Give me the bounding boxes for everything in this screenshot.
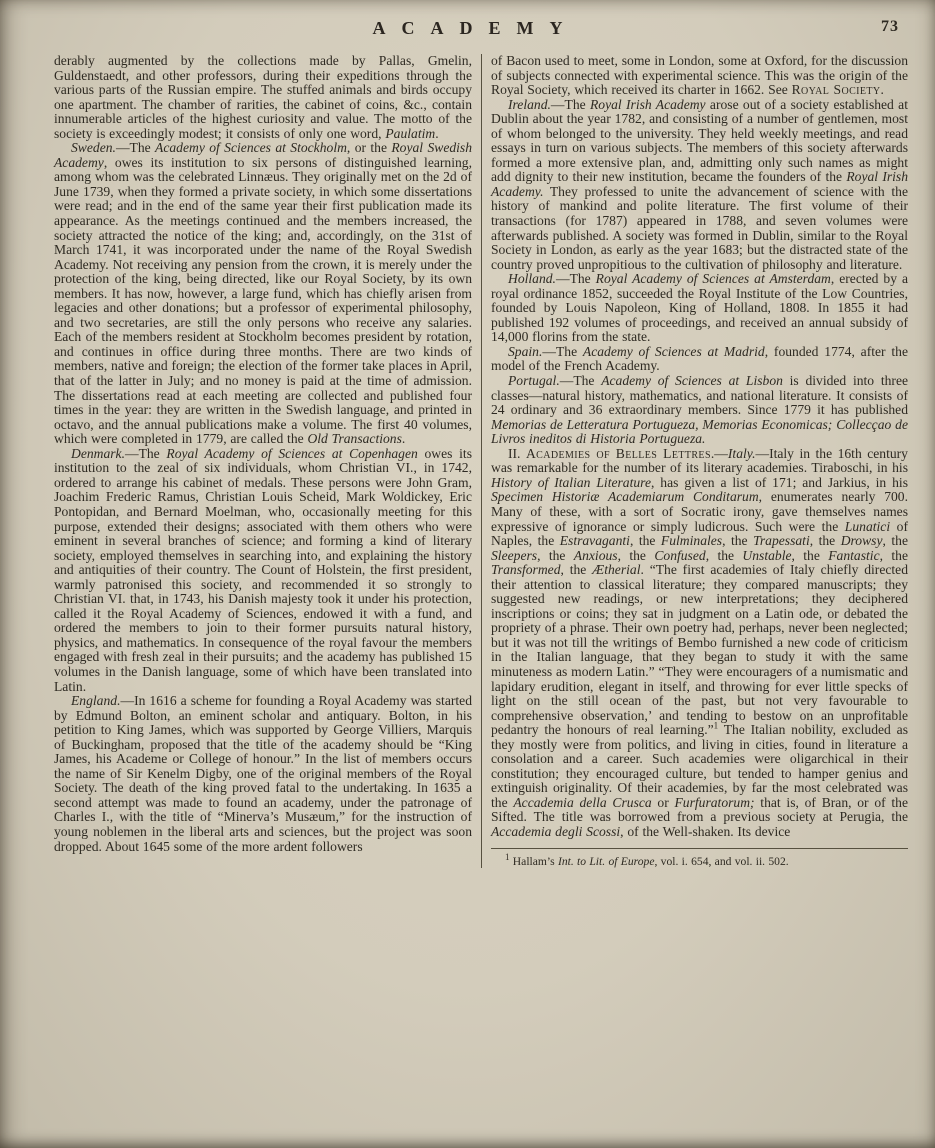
right-column: of Bacon used to meet, some in London, s…: [481, 54, 908, 868]
text-segment: .—: [711, 446, 728, 461]
text-segment: Memorias de Letteratura Portugueza, Memo…: [491, 417, 908, 447]
para-spain: Spain.—The Academy of Sciences at Madrid…: [491, 345, 908, 374]
text-segment: , the: [561, 562, 593, 577]
text-segment: Academy of Sciences at Madrid: [583, 344, 765, 359]
text-segment: —The: [116, 140, 155, 155]
text-segment: Spain.: [508, 344, 542, 359]
text-segment: Academy of Sciences at Lisbon: [601, 373, 783, 388]
text-segment: , the: [810, 533, 841, 548]
text-segment: —The: [560, 373, 601, 388]
text-segment: Sleepers: [491, 548, 537, 563]
text-segment: History of Italian Literature: [491, 475, 651, 490]
text-segment: Holland.: [508, 271, 556, 286]
text-segment: , of the Well-shaken. Its device: [620, 824, 790, 839]
text-segment: , the: [618, 548, 655, 563]
text-segment: Int. to Lit. of Europe: [558, 855, 655, 868]
text-segment: Italy.: [728, 446, 756, 461]
text-segment: Trapessati: [753, 533, 810, 548]
text-segment: .: [435, 126, 438, 141]
text-segment: , the: [883, 533, 909, 548]
para-england-continued: of Bacon used to meet, some in London, s…: [491, 54, 908, 98]
text-segment: Lunatici: [845, 519, 890, 534]
para-portugal: Portugal.—The Academy of Sciences at Lis…: [491, 374, 908, 447]
text-segment: —The: [556, 271, 596, 286]
encyclopedia-page: ACADEMY 73 derably augmented by the coll…: [0, 0, 935, 1148]
page-number: 73: [881, 18, 899, 36]
text-segment: Sweden.: [71, 140, 116, 155]
text-segment: Royal Irish Academy: [590, 97, 706, 112]
text-segment: Royal Society: [792, 82, 881, 97]
text-segment: , vol. i. 654, and vol. ii. 502.: [654, 855, 788, 868]
text-segment: or: [652, 795, 675, 810]
text-segment: Royal Academy of Sciences at Amsterdam: [596, 271, 831, 286]
text-segment: —The: [551, 97, 590, 112]
text-segment: They professed to unite the advancement …: [491, 184, 908, 272]
text-segment: Anxious: [574, 548, 618, 563]
para-ireland: Ireland.—The Royal Irish Academy arose o…: [491, 98, 908, 273]
para-england: England.—In 1616 a scheme for founding a…: [54, 694, 472, 854]
text-segment: Ætherial: [592, 562, 640, 577]
para-sweden: Sweden.—The Academy of Sciences at Stock…: [54, 141, 472, 446]
text-segment: Old Transactions: [307, 431, 401, 446]
text-segment: Furfuratorum;: [675, 795, 755, 810]
text-segment: .: [402, 431, 405, 446]
text-segment: , or the: [347, 140, 391, 155]
text-segment: Royal Academy of Sciences at Copenhagen: [166, 446, 417, 461]
text-segment: —In 1616 a scheme for founding a Royal A…: [54, 693, 472, 853]
text-segment: , the: [880, 548, 908, 563]
footnote-hallam: 1 Hallam’s Int. to Lit. of Europe, vol. …: [491, 855, 908, 868]
text-segment: , the: [706, 548, 743, 563]
text-segment: II.: [508, 446, 526, 461]
text-segment: Paulatim: [385, 126, 435, 141]
text-segment: —The: [125, 446, 166, 461]
text-segment: Confused: [654, 548, 705, 563]
para-russia-continued: derably augmented by the collections mad…: [54, 54, 472, 141]
text-segment: Hallam’s: [510, 855, 558, 868]
text-segment: Unstable: [742, 548, 791, 563]
text-segment: Fantastic: [828, 548, 879, 563]
text-segment: , the: [630, 533, 661, 548]
text-segment: England.: [71, 693, 120, 708]
para-denmark: Denmark.—The Royal Academy of Sciences a…: [54, 447, 472, 694]
text-columns: derably augmented by the collections mad…: [0, 48, 935, 868]
text-segment: Ireland.: [508, 97, 551, 112]
text-segment: Drowsy: [841, 533, 883, 548]
text-segment: Accademia della Crusca: [513, 795, 651, 810]
text-segment: , owes its institution to six persons of…: [54, 155, 472, 446]
text-segment: , the: [537, 548, 574, 563]
para-belles-lettres-italy: II. Academies of Belles Lettres.—Italy.—…: [491, 447, 908, 840]
text-segment: owes its institution to the zeal of six …: [54, 446, 472, 694]
text-segment: , the: [792, 548, 829, 563]
running-title: ACADEMY: [0, 18, 935, 39]
text-segment: —The: [542, 344, 583, 359]
text-segment: Specimen Historiæ Academiarum Conditarum: [491, 489, 759, 504]
text-segment: Denmark.: [71, 446, 125, 461]
page-header: ACADEMY 73: [0, 0, 935, 48]
footnote-divider: [491, 848, 908, 849]
text-segment: Academies of Belles Lettres: [526, 446, 711, 461]
text-segment: Portugal.: [508, 373, 560, 388]
left-column: derably augmented by the collections mad…: [54, 54, 481, 868]
text-segment: , the: [722, 533, 753, 548]
text-segment: Accademia degli Scossi: [491, 824, 620, 839]
text-segment: Transformed: [491, 562, 561, 577]
text-segment: , has given a list of 171; and Jarkius, …: [651, 475, 908, 490]
text-segment: .: [881, 82, 884, 97]
text-segment: Academy of Sciences at Stockholm: [155, 140, 347, 155]
text-segment: . “The first academies of Italy chiefly …: [491, 562, 908, 737]
text-segment: Fulminales: [661, 533, 722, 548]
text-segment: Estravaganti: [560, 533, 630, 548]
para-holland: Holland.—The Royal Academy of Sciences a…: [491, 272, 908, 345]
